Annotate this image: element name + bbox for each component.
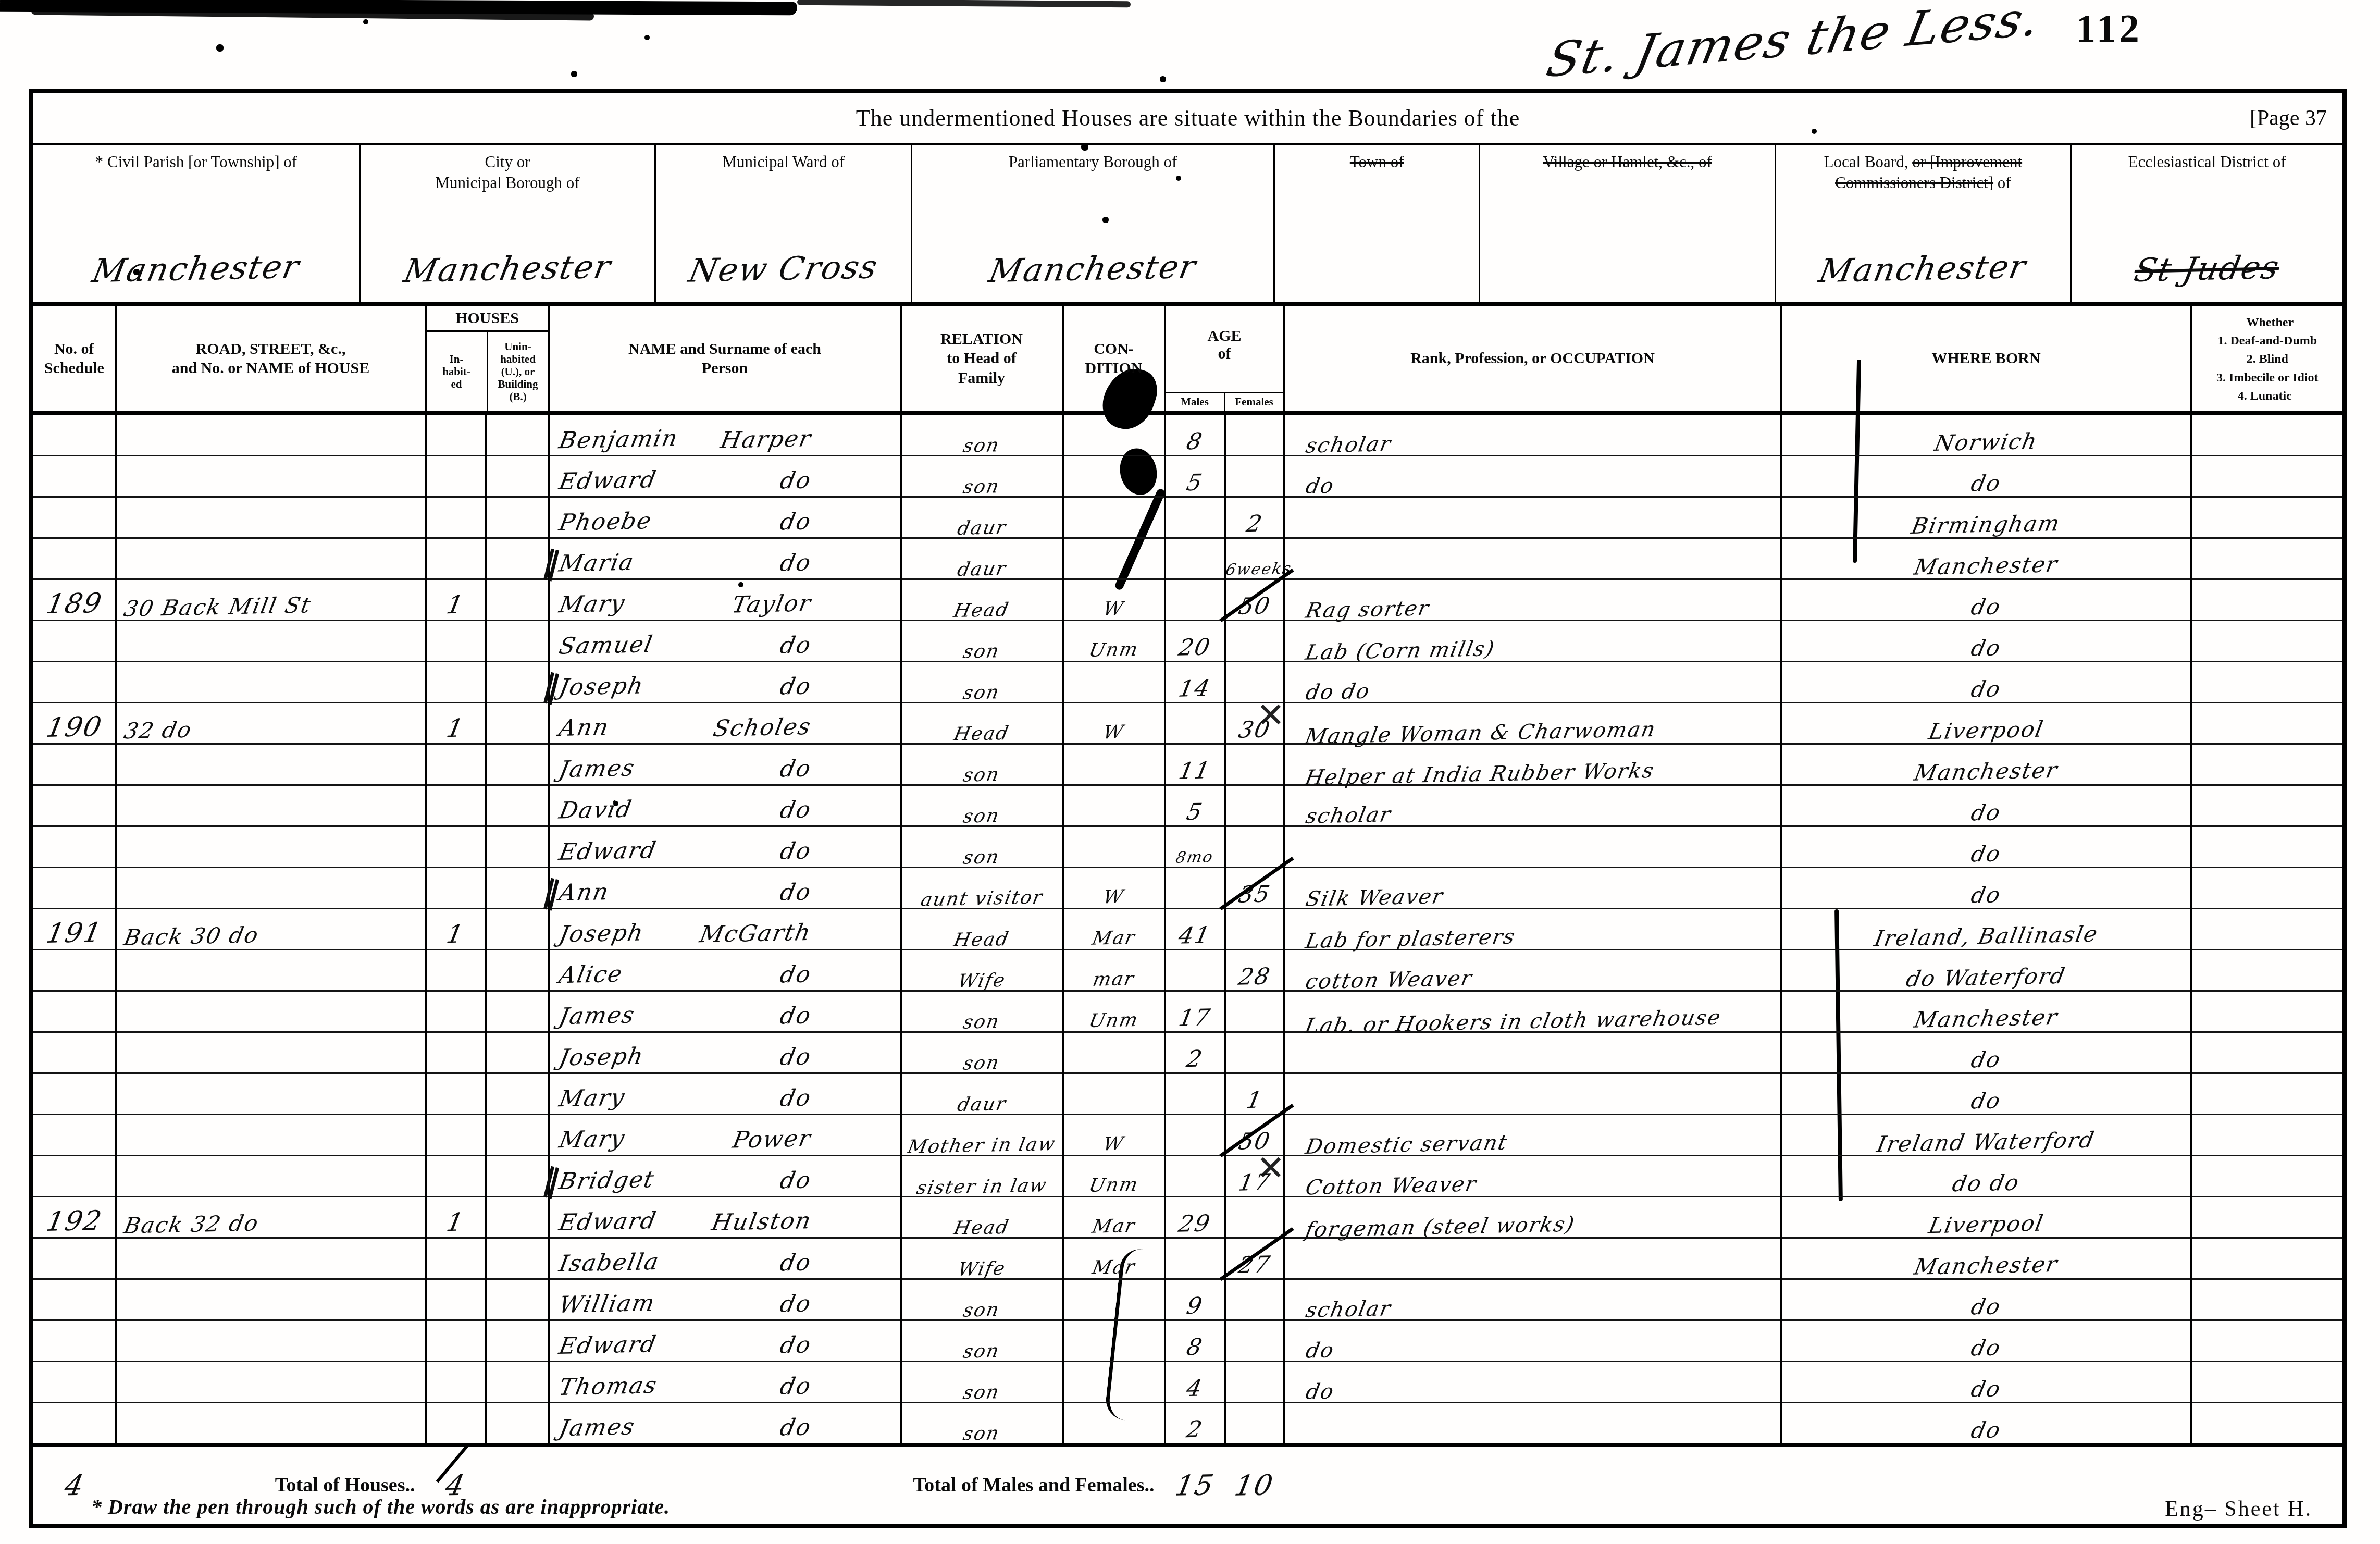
cell-uninhabited <box>486 826 549 868</box>
census-table: The undermentioned Houses are situate wi… <box>29 89 2347 1528</box>
person-surname: do <box>778 549 814 576</box>
cell-age-female: 1 <box>1225 1073 1284 1115</box>
cell-infirmity <box>2191 579 2345 621</box>
col-condition-label: CON- DITION <box>1064 339 1164 378</box>
cell-condition <box>1063 744 1165 785</box>
cell-schedule <box>31 497 116 538</box>
cell-age-male <box>1165 1156 1225 1197</box>
totals-born-cell <box>1781 1445 2191 1526</box>
cell-occupation: Mangle Woman & Charwoman <box>1284 703 1781 744</box>
cell-uninhabited <box>486 1238 549 1279</box>
cell-where-born: do <box>1781 662 2191 703</box>
cell-name: ∥ Joseph McGarth <box>549 909 901 950</box>
cell-age-male: 29 <box>1165 1197 1225 1238</box>
cell-occupation: Helper at India Rubber Works <box>1284 744 1781 785</box>
cell-road <box>116 538 426 579</box>
col-uninhabited-label: Unin- habited (U.), or Building (B.) <box>487 332 548 411</box>
person-forename: Samuel <box>556 631 655 660</box>
cell-relation: Head <box>901 703 1063 744</box>
table-title-row: The undermentioned Houses are situate wi… <box>31 91 2345 144</box>
cell-road: 32 do <box>116 703 426 744</box>
footnote: * Draw the pen through such of the words… <box>91 1494 670 1519</box>
person-surname: do <box>778 508 814 535</box>
cell-infirmity <box>2191 456 2345 497</box>
cell-age-male <box>1165 1073 1225 1115</box>
cell-relation: daur <box>901 497 1063 538</box>
cell-occupation: Lab for plasterers <box>1284 909 1781 950</box>
cell-age-female <box>1225 991 1284 1032</box>
cell-inhabited: 1 <box>426 909 486 950</box>
col-relation-label: RELATION to Head of Family <box>902 329 1062 388</box>
cell-inhabited <box>426 497 486 538</box>
cell-where-born: Ireland Waterford <box>1781 1115 2191 1156</box>
cell-age-female: 6weeks <box>1225 538 1284 579</box>
cell-schedule <box>31 1032 116 1073</box>
cell-relation: son <box>901 1032 1063 1073</box>
cell-schedule <box>31 826 116 868</box>
cell-infirmity <box>2191 1032 2345 1073</box>
cell-occupation <box>1284 1403 1781 1445</box>
cell-age-male: 8 <box>1165 413 1225 456</box>
boundary-header: * Civil Parish [or Township] of Manchest… <box>31 144 2345 304</box>
cell-relation: daur <box>901 1073 1063 1115</box>
page-reference: [Page 37 <box>2250 106 2327 131</box>
boundary-town: Town of <box>1273 145 1479 302</box>
cell-relation: son <box>901 662 1063 703</box>
cell-schedule: 189 <box>31 579 116 621</box>
cell-occupation: Cotton Weaver <box>1284 1156 1781 1197</box>
cell-infirmity <box>2191 1238 2345 1279</box>
cell-uninhabited <box>486 456 549 497</box>
cell-age-male: 2 <box>1165 1032 1225 1073</box>
person-forename: Joseph <box>556 1043 646 1071</box>
cell-name: ∥ Phoebe do <box>549 497 901 538</box>
cell-infirmity <box>2191 991 2345 1032</box>
cell-condition: W <box>1063 703 1165 744</box>
person-surname: do <box>778 1084 814 1111</box>
cell-inhabited <box>426 1073 486 1115</box>
boundary-local-board: Local Board, or [Improvement Commissione… <box>1775 145 2070 302</box>
cell-name: ∥ Bridget do <box>549 1156 901 1197</box>
person-forename: Ann <box>556 714 611 742</box>
cell-road <box>116 1279 426 1320</box>
cell-age-male: 5 <box>1165 456 1225 497</box>
cell-schedule <box>31 868 116 909</box>
cell-uninhabited <box>486 662 549 703</box>
cell-road <box>116 413 426 456</box>
cell-occupation <box>1284 1032 1781 1073</box>
cell-name: ∥ James do <box>549 1403 901 1445</box>
cell-road: Back 32 do <box>116 1197 426 1238</box>
cell-uninhabited <box>486 950 549 991</box>
person-surname: do <box>778 796 814 823</box>
cell-where-born: Liverpool <box>1781 703 2191 744</box>
cell-infirmity <box>2191 621 2345 662</box>
col-houses: HOUSES In- habit- ed Unin- habited (U.),… <box>426 304 549 413</box>
cell-infirmity <box>2191 1073 2345 1115</box>
cell-inhabited: 1 <box>426 1197 486 1238</box>
cell-age-female: 17 <box>1225 1156 1284 1197</box>
table-row: ∥ James do son 11 Helper at India Rubber… <box>31 744 2345 785</box>
census-scan-page: St. James the Less. 112 The undermention… <box>0 0 2380 1544</box>
cell-name: ∥ Edward do <box>549 826 901 868</box>
totals-males-cell: 15 <box>1165 1445 1225 1526</box>
cell-schedule <box>31 1362 116 1403</box>
cell-inhabited <box>426 1403 486 1445</box>
cell-where-born: Manchester <box>1781 538 2191 579</box>
cell-where-born: Manchester <box>1781 1238 2191 1279</box>
cell-relation: Head <box>901 579 1063 621</box>
table-row: ∥ David do son 5 scholar do <box>31 785 2345 826</box>
cell-condition <box>1063 1073 1165 1115</box>
cell-name: ∥ Maria do <box>549 538 901 579</box>
cell-relation: son <box>901 785 1063 826</box>
cell-uninhabited <box>486 538 549 579</box>
cell-road <box>116 991 426 1032</box>
person-surname: do <box>778 1290 814 1317</box>
table-title-cell: The undermentioned Houses are situate wi… <box>31 91 2345 144</box>
cell-name: ∥ Alice do <box>549 950 901 991</box>
person-forename: Maria <box>556 549 636 577</box>
cell-inhabited <box>426 1279 486 1320</box>
table-row: ∥ Alice do Wife mar 28 cotton Weaver do … <box>31 950 2345 991</box>
ecclesiastical-district-label: Ecclesiastical District of <box>2077 152 2337 172</box>
cell-age-female: 35 <box>1225 868 1284 909</box>
parliamentary-borough-value: Manchester <box>986 248 1199 290</box>
cell-schedule <box>31 1073 116 1115</box>
person-surname: do <box>778 1373 814 1400</box>
table-row: ∥ Bridget do sister in law Unm 17 Cotton… <box>31 1156 2345 1197</box>
cell-where-born: Liverpool <box>1781 1197 2191 1238</box>
cell-where-born: do <box>1781 1073 2191 1115</box>
col-schedule-label: No. of Schedule <box>33 339 115 378</box>
cell-relation: son <box>901 1403 1063 1445</box>
cell-relation: son <box>901 1320 1063 1362</box>
person-surname: do <box>778 673 814 700</box>
table-row: ∥ Edward do son 8mo do <box>31 826 2345 868</box>
cell-relation: son <box>901 1362 1063 1403</box>
cell-inhabited <box>426 1238 486 1279</box>
col-name-label: NAME and Surname of each Person <box>550 339 900 378</box>
cell-road: 30 Back Mill St <box>116 579 426 621</box>
cell-condition: W <box>1063 868 1165 909</box>
person-surname: do <box>778 467 814 494</box>
cell-inhabited <box>426 1320 486 1362</box>
cell-name: ∥ James do <box>549 991 901 1032</box>
cell-uninhabited <box>486 621 549 662</box>
cell-uninhabited <box>486 785 549 826</box>
cell-infirmity <box>2191 785 2345 826</box>
parliamentary-borough-label: Parliamentary Borough of <box>918 152 1268 172</box>
cell-where-born: do <box>1781 456 2191 497</box>
cell-infirmity <box>2191 538 2345 579</box>
cell-infirmity <box>2191 1115 2345 1156</box>
table-row: ∥ Joseph do son 2 do <box>31 1032 2345 1073</box>
cell-name: ∥ David do <box>549 785 901 826</box>
cell-age-female <box>1225 1362 1284 1403</box>
person-surname: Scholes <box>711 713 814 742</box>
cell-infirmity <box>2191 868 2345 909</box>
col-occupation: Rank, Profession, or OCCUPATION <box>1284 304 1781 413</box>
cell-age-male <box>1165 868 1225 909</box>
col-where-born-label: WHERE BORN <box>1782 349 2190 368</box>
cell-age-male <box>1165 497 1225 538</box>
cell-infirmity <box>2191 1320 2345 1362</box>
cell-road <box>116 1362 426 1403</box>
cell-condition <box>1063 662 1165 703</box>
person-forename: James <box>556 1002 637 1030</box>
cell-occupation: scholar <box>1284 413 1781 456</box>
person-surname: Taylor <box>730 590 814 618</box>
cell-relation: son <box>901 744 1063 785</box>
col-road: ROAD, STREET, &c., and No. or NAME of HO… <box>116 304 426 413</box>
cell-infirmity <box>2191 1362 2345 1403</box>
cell-schedule <box>31 991 116 1032</box>
cell-occupation: Domestic servant <box>1284 1115 1781 1156</box>
cell-age-female <box>1225 909 1284 950</box>
cell-infirmity <box>2191 826 2345 868</box>
person-forename: Isabella <box>556 1249 661 1277</box>
cell-name: ∥ William do <box>549 1279 901 1320</box>
table-row: ∥ Edward do son 5 do do <box>31 456 2345 497</box>
col-condition: CON- DITION <box>1063 304 1165 413</box>
col-houses-label: HOUSES <box>427 306 548 332</box>
totals-females-cell: 10 <box>1225 1445 1284 1526</box>
cell-relation: Wife <box>901 1238 1063 1279</box>
cell-road <box>116 1156 426 1197</box>
cell-age-male: 9 <box>1165 1279 1225 1320</box>
person-surname: do <box>778 879 814 906</box>
cell-occupation: scholar <box>1284 785 1781 826</box>
cell-inhabited <box>426 950 486 991</box>
cell-uninhabited <box>486 1073 549 1115</box>
cell-relation: son <box>901 1279 1063 1320</box>
table-row: ∥ Isabella do Wife Mar 27 Manchester <box>31 1238 2345 1279</box>
cell-relation: aunt visitor <box>901 868 1063 909</box>
table-row: ∥ Mary Power Mother in law W 50 Domestic… <box>31 1115 2345 1156</box>
person-forename: Mary <box>556 590 627 619</box>
cell-where-born: do <box>1781 868 2191 909</box>
cell-inhabited <box>426 991 486 1032</box>
cell-name: ∥ Samuel do <box>549 621 901 662</box>
municipal-borough-value: Manchester <box>401 248 614 290</box>
person-forename: Benjamin <box>556 425 680 454</box>
col-females-label: Females <box>1224 393 1283 411</box>
cell-age-female: 27 <box>1225 1238 1284 1279</box>
total-males-females-label: Total of Males and Females.. <box>549 1474 1165 1497</box>
cell-schedule <box>31 413 116 456</box>
cell-age-female: 2 <box>1225 497 1284 538</box>
cell-condition: W <box>1063 1115 1165 1156</box>
cell-condition: Unm <box>1063 621 1165 662</box>
cell-occupation <box>1284 497 1781 538</box>
cell-infirmity <box>2191 1156 2345 1197</box>
cell-occupation <box>1284 538 1781 579</box>
cell-relation: son <box>901 621 1063 662</box>
cell-road <box>116 456 426 497</box>
cell-where-born: Ireland, Ballinasle <box>1781 909 2191 950</box>
cell-condition: Mar <box>1063 1197 1165 1238</box>
table-row: ∥ James do son Unm 17 Lab. or Hookers in… <box>31 991 2345 1032</box>
cell-road <box>116 868 426 909</box>
person-surname: do <box>778 1002 814 1029</box>
cell-schedule <box>31 1320 116 1362</box>
cell-where-born: Manchester <box>1781 991 2191 1032</box>
sheet-reference: Eng– Sheet H. <box>2165 1497 2312 1522</box>
cell-condition <box>1063 1032 1165 1073</box>
cell-inhabited: 1 <box>426 703 486 744</box>
cell-name: ∥ Mary do <box>549 1073 901 1115</box>
person-forename: Edward <box>556 466 659 495</box>
person-surname: Power <box>730 1125 813 1153</box>
cell-inhabited: 1 <box>426 579 486 621</box>
cell-schedule <box>31 1403 116 1445</box>
col-where-born: WHERE BORN <box>1781 304 2191 413</box>
cell-age-female: 30 <box>1225 703 1284 744</box>
cell-condition: Unm <box>1063 991 1165 1032</box>
cell-name: ∥ Ann do <box>549 868 901 909</box>
cell-where-born: do do <box>1781 1156 2191 1197</box>
cell-schedule: 192 <box>31 1197 116 1238</box>
person-surname: Hulston <box>709 1207 813 1236</box>
cell-name: ∥ Edward Hulston <box>549 1197 901 1238</box>
cell-where-born: do <box>1781 785 2191 826</box>
table-row: ∥ Edward do son 8 do do <box>31 1320 2345 1362</box>
cell-age-male: 2 <box>1165 1403 1225 1445</box>
cell-uninhabited <box>486 579 549 621</box>
cell-inhabited <box>426 826 486 868</box>
cell-uninhabited <box>486 1403 549 1445</box>
cell-uninhabited <box>486 744 549 785</box>
cell-age-female <box>1225 1197 1284 1238</box>
cell-age-female <box>1225 744 1284 785</box>
cell-occupation: Rag sorter <box>1284 579 1781 621</box>
column-header-row: No. of Schedule ROAD, STREET, &c., and N… <box>31 304 2345 413</box>
person-surname: do <box>778 837 814 864</box>
cell-name: ∥ Mary Taylor <box>549 579 901 621</box>
totals-occupation-cell <box>1284 1445 1781 1526</box>
cell-condition: mar <box>1063 950 1165 991</box>
cell-inhabited <box>426 538 486 579</box>
cell-age-female <box>1225 1279 1284 1320</box>
cell-relation: son <box>901 413 1063 456</box>
cell-occupation: Silk Weaver <box>1284 868 1781 909</box>
ink-smudge <box>0 0 797 15</box>
civil-parish-label: * Civil Parish [or Township] of <box>39 152 354 172</box>
col-name: NAME and Surname of each Person <box>549 304 901 413</box>
cell-where-born: Norwich <box>1781 413 2191 456</box>
cell-condition <box>1063 456 1165 497</box>
cell-occupation: cotton Weaver <box>1284 950 1781 991</box>
cell-name: ∥ Edward do <box>549 456 901 497</box>
cell-age-male: 17 <box>1165 991 1225 1032</box>
cell-road <box>116 1115 426 1156</box>
ecclesiastical-district-value: St Judes <box>2131 248 2283 289</box>
cell-condition: W <box>1063 579 1165 621</box>
col-whether-label: Whether 1. Deaf-and-Dumb 2. Blind 3. Imb… <box>2216 316 2319 403</box>
cell-occupation: Lab (Corn mills) <box>1284 621 1781 662</box>
cell-uninhabited <box>486 1156 549 1197</box>
person-surname: McGarth <box>698 919 814 948</box>
local-board-value: Manchester <box>1816 248 2030 290</box>
cell-schedule <box>31 744 116 785</box>
total-females-value: 10 <box>1232 1468 1276 1502</box>
cell-schedule <box>31 1156 116 1197</box>
col-schedule: No. of Schedule <box>31 304 116 413</box>
cell-road: Back 30 do <box>116 909 426 950</box>
local-board-label-pre: Local Board, <box>1824 153 1913 171</box>
person-surname: do <box>778 755 814 782</box>
col-occupation-label: Rank, Profession, or OCCUPATION <box>1285 349 1780 368</box>
town-label: Town of <box>1280 152 1473 172</box>
cell-age-male <box>1165 950 1225 991</box>
cell-name: ∥ Thomas do <box>549 1362 901 1403</box>
cell-occupation: do do <box>1284 662 1781 703</box>
municipal-ward-value: New Cross <box>686 248 881 290</box>
cell-age-female <box>1225 1403 1284 1445</box>
cell-road <box>116 826 426 868</box>
person-forename: James <box>556 755 637 783</box>
cell-condition <box>1063 413 1165 456</box>
cell-road <box>116 950 426 991</box>
person-forename: Mary <box>556 1084 627 1113</box>
cell-relation: Head <box>901 909 1063 950</box>
person-forename: Phoebe <box>556 508 654 536</box>
cell-uninhabited <box>486 703 549 744</box>
cell-condition <box>1063 1403 1165 1445</box>
cell-relation: Mother in law <box>901 1115 1063 1156</box>
cell-name: ∥ Ann Scholes <box>549 703 901 744</box>
person-surname: do <box>778 1249 814 1276</box>
cell-name: ∥ Edward do <box>549 1320 901 1362</box>
cell-schedule <box>31 538 116 579</box>
table-row: ∥ Samuel do son Unm 20 Lab (Corn mills) … <box>31 621 2345 662</box>
table-row: ∥ Thomas do son 4 do do <box>31 1362 2345 1403</box>
ink-smudge <box>31 6 594 20</box>
cell-relation: son <box>901 991 1063 1032</box>
person-forename: Joseph <box>556 672 646 700</box>
cell-schedule <box>31 1279 116 1320</box>
cell-uninhabited <box>486 1115 549 1156</box>
person-surname: do <box>778 961 814 988</box>
cell-age-male: 5 <box>1165 785 1225 826</box>
cell-inhabited <box>426 1032 486 1073</box>
cell-where-born: Birmingham <box>1781 497 2191 538</box>
cell-road <box>116 1238 426 1279</box>
cell-relation: sister in law <box>901 1156 1063 1197</box>
cell-schedule <box>31 950 116 991</box>
cell-age-female: 50 <box>1225 579 1284 621</box>
cell-age-female <box>1225 413 1284 456</box>
col-age-label: AGE of <box>1166 306 1283 363</box>
cell-where-born: do <box>1781 1279 2191 1320</box>
table-row: ∥ William do son 9 scholar do <box>31 1279 2345 1320</box>
cell-where-born: do <box>1781 621 2191 662</box>
civil-parish-value: Manchester <box>89 248 303 290</box>
cell-age-male <box>1165 579 1225 621</box>
col-males-label: Males <box>1166 393 1224 411</box>
cell-road <box>116 1032 426 1073</box>
cell-where-born: do <box>1781 1403 2191 1445</box>
cell-infirmity <box>2191 950 2345 991</box>
cell-road <box>116 1320 426 1362</box>
cell-age-male: 4 <box>1165 1362 1225 1403</box>
cell-inhabited <box>426 662 486 703</box>
cell-name: ∥ James do <box>549 744 901 785</box>
cell-inhabited <box>426 1156 486 1197</box>
table-row: 192 Back 32 do 1 ∥ Edward Hulston Head M… <box>31 1197 2345 1238</box>
local-board-label: Local Board, or [Improvement Commissione… <box>1781 152 2065 194</box>
